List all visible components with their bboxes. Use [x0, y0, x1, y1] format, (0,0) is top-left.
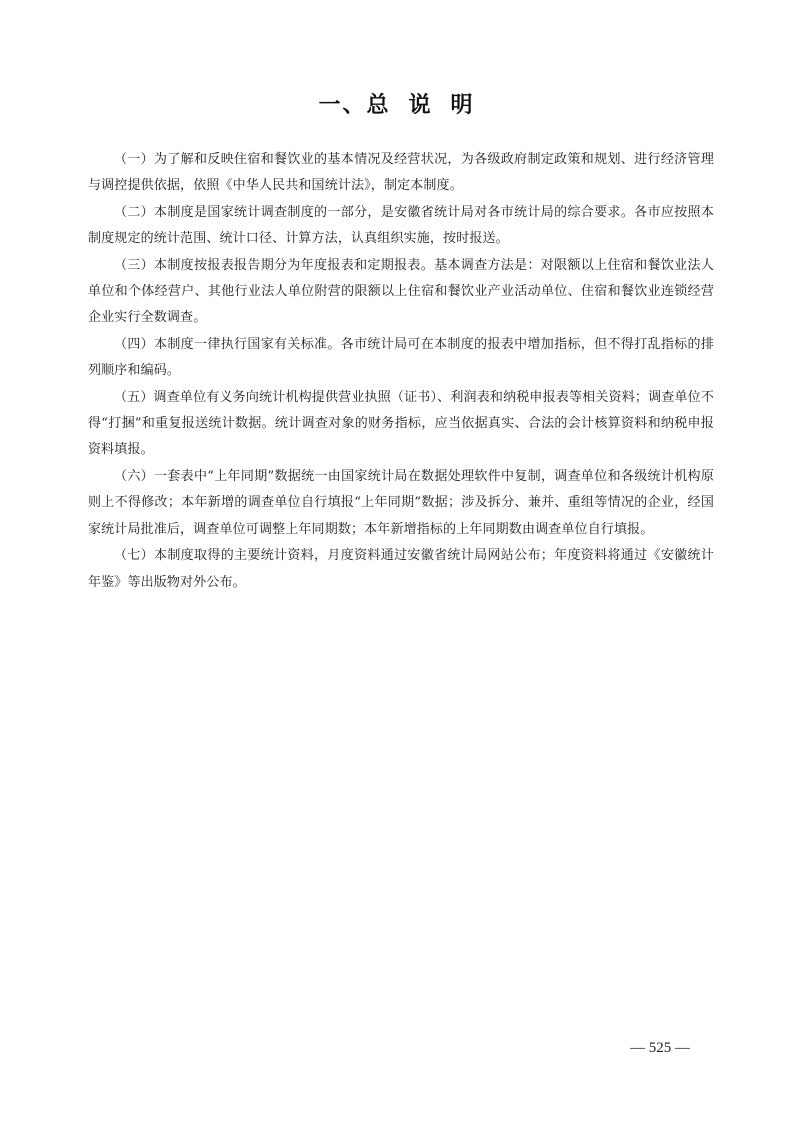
paragraph-6: （六）一套表中“上年同期”数据统一由国家统计局在数据处理软件中复制，调查单位和各… [88, 464, 714, 543]
page-title: 一、总说明 [0, 88, 793, 119]
title-part-3: 明 [451, 93, 475, 118]
document-body: （一）为了解和反映住宿和餐饮业的基本情况及经营状况，为各级政府制定政策和规划、进… [88, 147, 714, 596]
title-part-2: 说 [408, 93, 432, 118]
paragraph-1: （一）为了解和反映住宿和餐饮业的基本情况及经营状况，为各级政府制定政策和规划、进… [88, 147, 714, 200]
page-number: — 525 — [630, 1040, 720, 1057]
paragraph-2: （二）本制度是国家统计调查制度的一部分，是安徽省统计局对各市统计局的综合要求。各… [88, 200, 714, 253]
paragraph-7: （七）本制度取得的主要统计资料，月度资料通过安徽省统计局网站公布；年度资料将通过… [88, 543, 714, 596]
paragraph-3: （三）本制度按报表报告期分为年度报表和定期报表。基本调查方法是：对限额以上住宿和… [88, 253, 714, 332]
title-part-1: 一、总 [318, 93, 390, 118]
paragraph-4: （四）本制度一律执行国家有关标准。各市统计局可在本制度的报表中增加指标，但不得打… [88, 332, 714, 385]
paragraph-5: （五）调查单位有义务向统计机构提供营业执照（证书）、利润表和纳税申报表等相关资料… [88, 385, 714, 464]
